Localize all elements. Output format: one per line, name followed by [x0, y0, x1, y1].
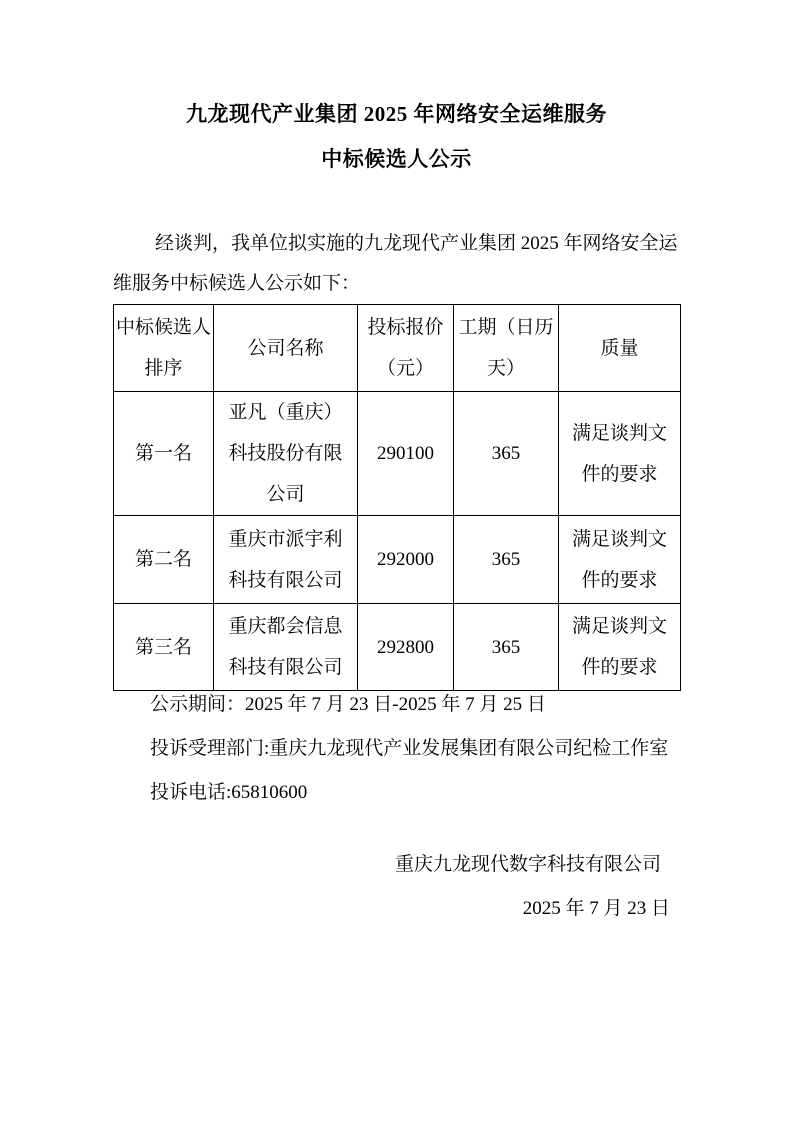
signature-date: 2025 年 7 月 23 日 — [0, 887, 793, 931]
quality-cell: 满足谈判文 件的要求 — [559, 604, 681, 691]
signature-company: 重庆九龙现代数字科技有限公司 — [0, 843, 793, 887]
publicity-period-text: 公示期间：2025 年 7 月 23 日-2025 年 7 月 25 日 — [150, 683, 680, 727]
column-header-bid-price: 投标报价 （元） — [358, 305, 454, 392]
column-header-company: 公司名称 — [214, 305, 358, 392]
duration-cell: 365 — [454, 392, 559, 516]
rank-cell: 第一名 — [114, 392, 214, 516]
complaint-department-text: 投诉受理部门:重庆九龙现代产业发展集团有限公司纪检工作室 — [150, 727, 680, 771]
intro-paragraph: 经谈判，我单位拟实施的九龙现代产业集团 2025 年网络安全运 维服务中标候选人… — [113, 224, 680, 304]
company-cell: 重庆都会信息 科技有限公司 — [214, 604, 358, 691]
quality-cell: 满足谈判文 件的要求 — [559, 392, 681, 516]
bid-price-cell: 292000 — [358, 516, 454, 604]
table-row: 第二名 重庆市派宇利 科技有限公司 292000 365 满足谈判文 件的要求 — [114, 516, 681, 604]
rank-cell: 第三名 — [114, 604, 214, 691]
document-page: 九龙现代产业集团 2025 年网络安全运维服务 中标候选人公示 经谈判，我单位拟… — [0, 0, 793, 1122]
column-header-duration: 工期（日历 天） — [454, 305, 559, 392]
title-line-2: 中标候选人公示 — [0, 137, 793, 182]
duration-cell: 365 — [454, 516, 559, 604]
notes-block: 公示期间：2025 年 7 月 23 日-2025 年 7 月 25 日 投诉受… — [150, 683, 680, 815]
company-cell: 亚凡（重庆） 科技股份有限 公司 — [214, 392, 358, 516]
company-cell: 重庆市派宇利 科技有限公司 — [214, 516, 358, 604]
document-title: 九龙现代产业集团 2025 年网络安全运维服务 中标候选人公示 — [0, 0, 793, 182]
bid-price-cell: 292800 — [358, 604, 454, 691]
column-header-quality: 质量 — [559, 305, 681, 392]
table-row: 第一名 亚凡（重庆） 科技股份有限 公司 290100 365 满足谈判文 件的… — [114, 392, 681, 516]
title-line-1: 九龙现代产业集团 2025 年网络安全运维服务 — [0, 92, 793, 137]
rank-cell: 第二名 — [114, 516, 214, 604]
column-header-rank: 中标候选人 排序 — [114, 305, 214, 392]
complaint-phone-text: 投诉电话:65810600 — [150, 771, 680, 815]
table-row: 第三名 重庆都会信息 科技有限公司 292800 365 满足谈判文 件的要求 — [114, 604, 681, 691]
duration-cell: 365 — [454, 604, 559, 691]
bid-price-cell: 290100 — [358, 392, 454, 516]
candidates-table: 中标候选人 排序 公司名称 投标报价 （元） 工期（日历 天） 质量 第一名 亚… — [113, 304, 681, 691]
quality-cell: 满足谈判文 件的要求 — [559, 516, 681, 604]
table-header-row: 中标候选人 排序 公司名称 投标报价 （元） 工期（日历 天） 质量 — [114, 305, 681, 392]
signature-block: 重庆九龙现代数字科技有限公司 2025 年 7 月 23 日 — [0, 843, 793, 931]
